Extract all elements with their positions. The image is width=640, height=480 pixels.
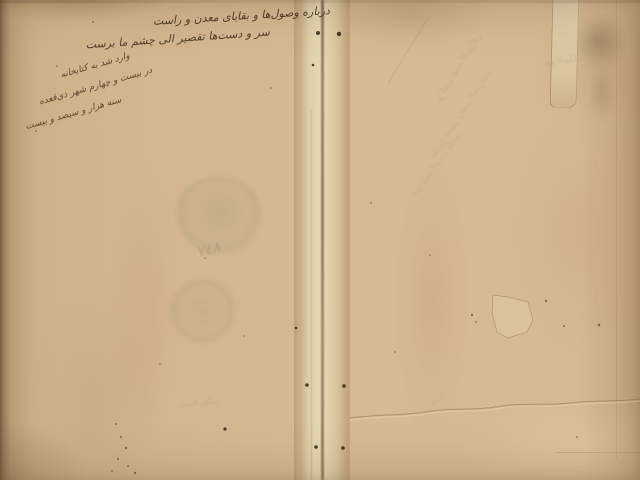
right-edge-crease: [616, 0, 617, 458]
binding-gutter: [294, 0, 356, 480]
faint-stamp-lower: [168, 278, 238, 344]
bottom-fold-line: [556, 452, 640, 453]
gutter-crease-secondary: [311, 110, 312, 480]
top-edge-shadow: [0, 0, 640, 3]
manuscript-scan: و کتب هذه الاوراق بتاریخ شهر رجب المرجب …: [0, 0, 640, 480]
gutter-crease: [321, 0, 324, 480]
ink-smudge-secondary: [588, 62, 614, 122]
